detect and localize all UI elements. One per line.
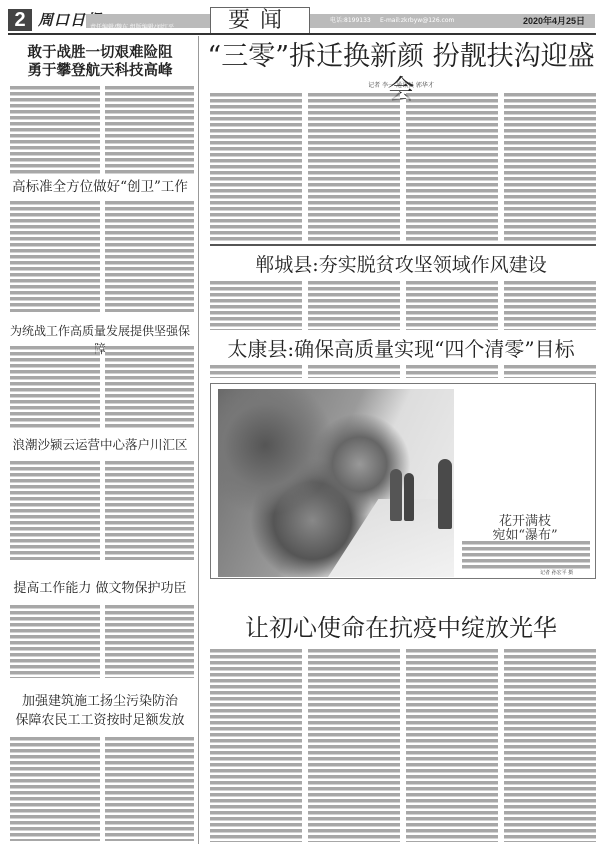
article-body-united-front <box>10 345 194 430</box>
article-body-dancheng <box>210 280 596 330</box>
editors-credit: 责任编辑/魏东 组版编辑/刘红平 <box>86 24 174 31</box>
info-bar: 电话:8199133 E-mail:zkrbyw@126.com 2020年4月… <box>310 14 595 28</box>
editor-bar: 责任编辑/魏东 组版编辑/刘红平 <box>86 14 210 28</box>
pedestrian <box>404 473 414 521</box>
headline-inspur[interactable]: 浪潮沙颍云运营中心落户川汇区 <box>6 436 194 454</box>
headline-taikang[interactable]: 太康县:确保高质量实现“四个清零”目标 <box>205 336 597 362</box>
issue-date: 2020年4月25日 <box>523 14 585 28</box>
column-divider <box>198 36 199 844</box>
section-rule <box>210 244 596 246</box>
email: E-mail:zkrbyw@126.com <box>380 14 454 28</box>
pedestrian <box>438 459 452 529</box>
header-rule <box>8 33 596 35</box>
headline-epidemic[interactable]: 让初心使命在抗疫中绽放光华 <box>205 613 597 643</box>
headline-aerospace[interactable]: 敢于战胜一切艰难险阻 勇于攀登航天科技高峰 <box>6 44 194 80</box>
article-body-taikang <box>210 364 596 378</box>
article-body-inspur <box>10 460 194 560</box>
article-body-aerospace <box>10 85 194 175</box>
article-body-relics <box>10 604 194 678</box>
pedestrian <box>390 469 402 521</box>
photo-caption <box>462 540 590 570</box>
photo-title: 花开满枝 宛如“瀑布” <box>470 515 580 543</box>
hotline: 电话:8199133 <box>330 14 371 28</box>
article-body-epidemic <box>210 648 596 842</box>
photo-title-text: 花开满枝 宛如“瀑布” <box>492 514 557 543</box>
section-title: 要闻 <box>210 7 310 33</box>
flower-photo[interactable] <box>218 389 454 577</box>
article-body-construction <box>10 736 194 841</box>
headline-construction[interactable]: 加强建筑施工扬尘污染防治 保障农民工工资按时足额发放 <box>6 692 194 730</box>
byline-lead: 记者 李一 通讯员 郭华才 <box>205 80 597 89</box>
article-body-chuangwei <box>10 200 194 312</box>
photo-credit: 记者 孙宏平 摄 <box>540 569 573 576</box>
headline-dancheng[interactable]: 郸城县:夯实脱贫攻坚领域作风建设 <box>205 252 597 278</box>
page-number: 2 <box>8 9 32 31</box>
article-body-lead <box>210 92 596 242</box>
headline-chuangwei[interactable]: 高标准全方位做好“创卫”工作 <box>6 178 194 196</box>
headline-relics[interactable]: 提高工作能力 做文物保护功臣 <box>6 580 194 598</box>
page-header: 2 周口日报 责任编辑/魏东 组版编辑/刘红平 要闻 电话:8199133 E-… <box>0 0 600 36</box>
